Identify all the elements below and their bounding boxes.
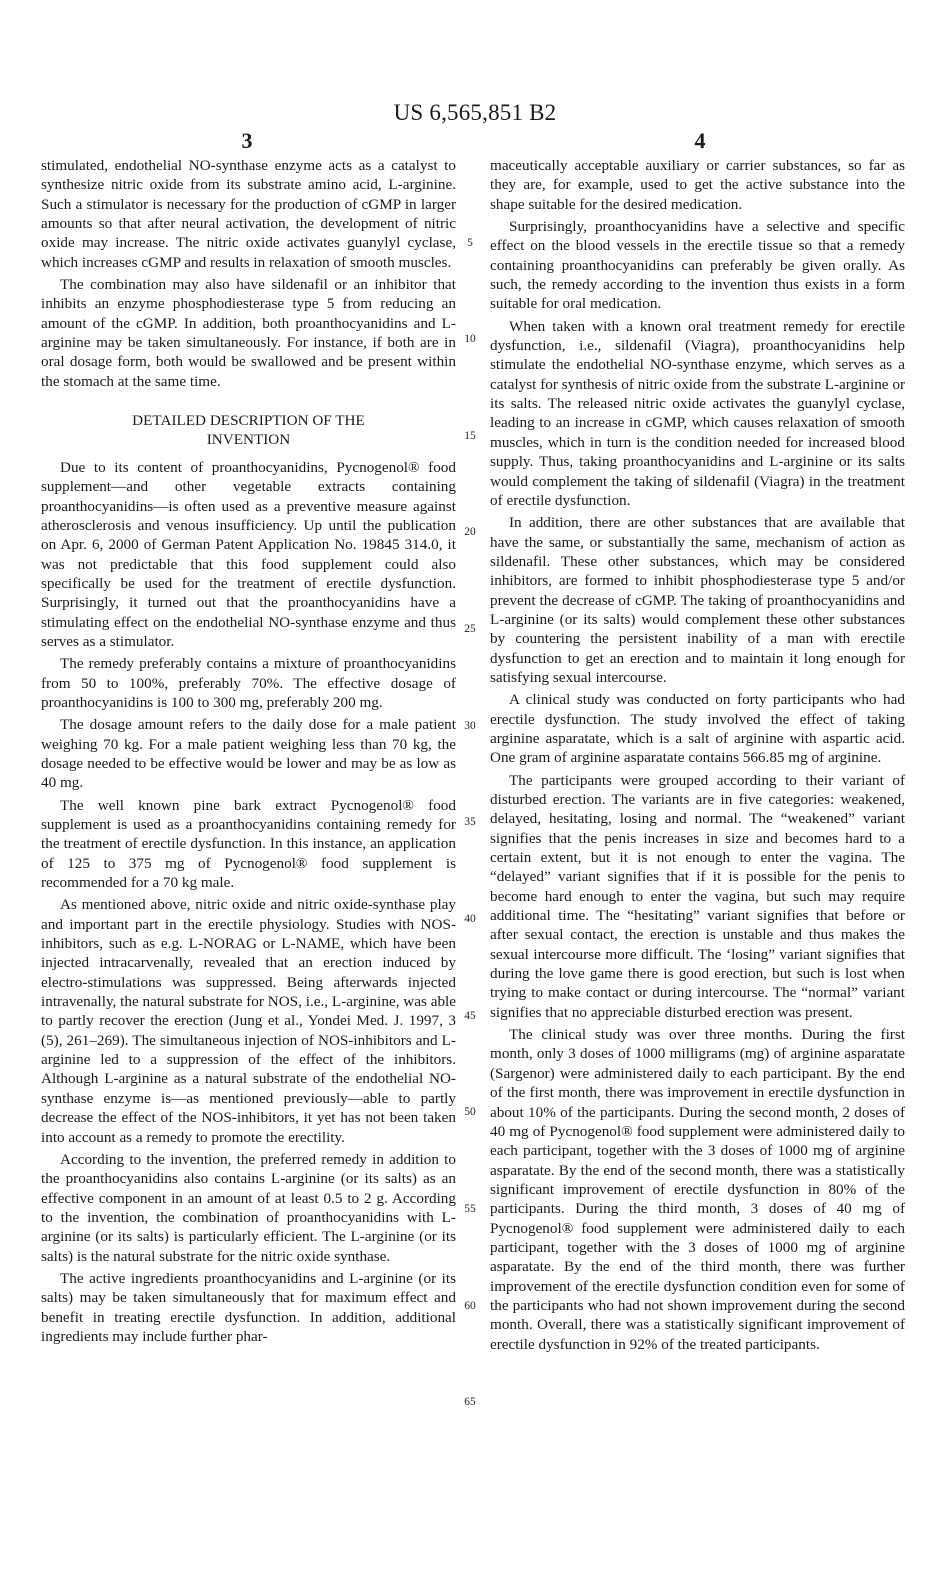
paragraph: The remedy preferably contains a mixture… bbox=[41, 654, 456, 712]
column-number-left: 3 bbox=[227, 128, 267, 154]
paragraph: When taken with a known oral treatment r… bbox=[490, 317, 905, 510]
line-number: 20 bbox=[458, 526, 482, 538]
patent-number: US 6,565,851 B2 bbox=[0, 100, 950, 126]
column-number-right: 4 bbox=[680, 128, 720, 154]
line-number: 65 bbox=[458, 1396, 482, 1408]
line-number: 40 bbox=[458, 913, 482, 925]
line-number: 5 bbox=[458, 237, 482, 249]
line-number: 50 bbox=[458, 1106, 482, 1118]
paragraph: As mentioned above, nitric oxide and nit… bbox=[41, 895, 456, 1146]
paragraph: The active ingredients proanthocyanidins… bbox=[41, 1269, 456, 1346]
paragraph: The combination may also have sildenafil… bbox=[41, 275, 456, 391]
paragraph: The well known pine bark extract Pycnoge… bbox=[41, 796, 456, 893]
section-heading-line: DETAILED DESCRIPTION OF THE bbox=[132, 412, 365, 429]
section-heading: DETAILED DESCRIPTION OF THE INVENTION bbox=[41, 411, 456, 450]
paragraph: According to the invention, the preferre… bbox=[41, 1150, 456, 1266]
right-column: maceutically acceptable auxiliary or car… bbox=[490, 156, 905, 1357]
line-number: 35 bbox=[458, 816, 482, 828]
line-number: 10 bbox=[458, 333, 482, 345]
left-column: stimulated, endothelial NO-synthase enzy… bbox=[41, 156, 456, 1349]
line-number: 30 bbox=[458, 720, 482, 732]
line-number: 15 bbox=[458, 430, 482, 442]
paragraph: The clinical study was over three months… bbox=[490, 1025, 905, 1354]
paragraph: The dosage amount refers to the daily do… bbox=[41, 715, 456, 792]
line-number: 25 bbox=[458, 623, 482, 635]
paragraph: Surprisingly, proanthocyanidins have a s… bbox=[490, 217, 905, 314]
paragraph: stimulated, endothelial NO-synthase enzy… bbox=[41, 156, 456, 272]
section-heading-line: INVENTION bbox=[207, 431, 291, 448]
paragraph: A clinical study was conducted on forty … bbox=[490, 690, 905, 767]
line-number: 55 bbox=[458, 1203, 482, 1215]
paragraph: In addition, there are other substances … bbox=[490, 513, 905, 687]
paragraph: The participants were grouped according … bbox=[490, 771, 905, 1022]
paragraph: maceutically acceptable auxiliary or car… bbox=[490, 156, 905, 214]
paragraph: Due to its content of proanthocyanidins,… bbox=[41, 458, 456, 651]
line-number: 60 bbox=[458, 1300, 482, 1312]
line-number: 45 bbox=[458, 1010, 482, 1022]
